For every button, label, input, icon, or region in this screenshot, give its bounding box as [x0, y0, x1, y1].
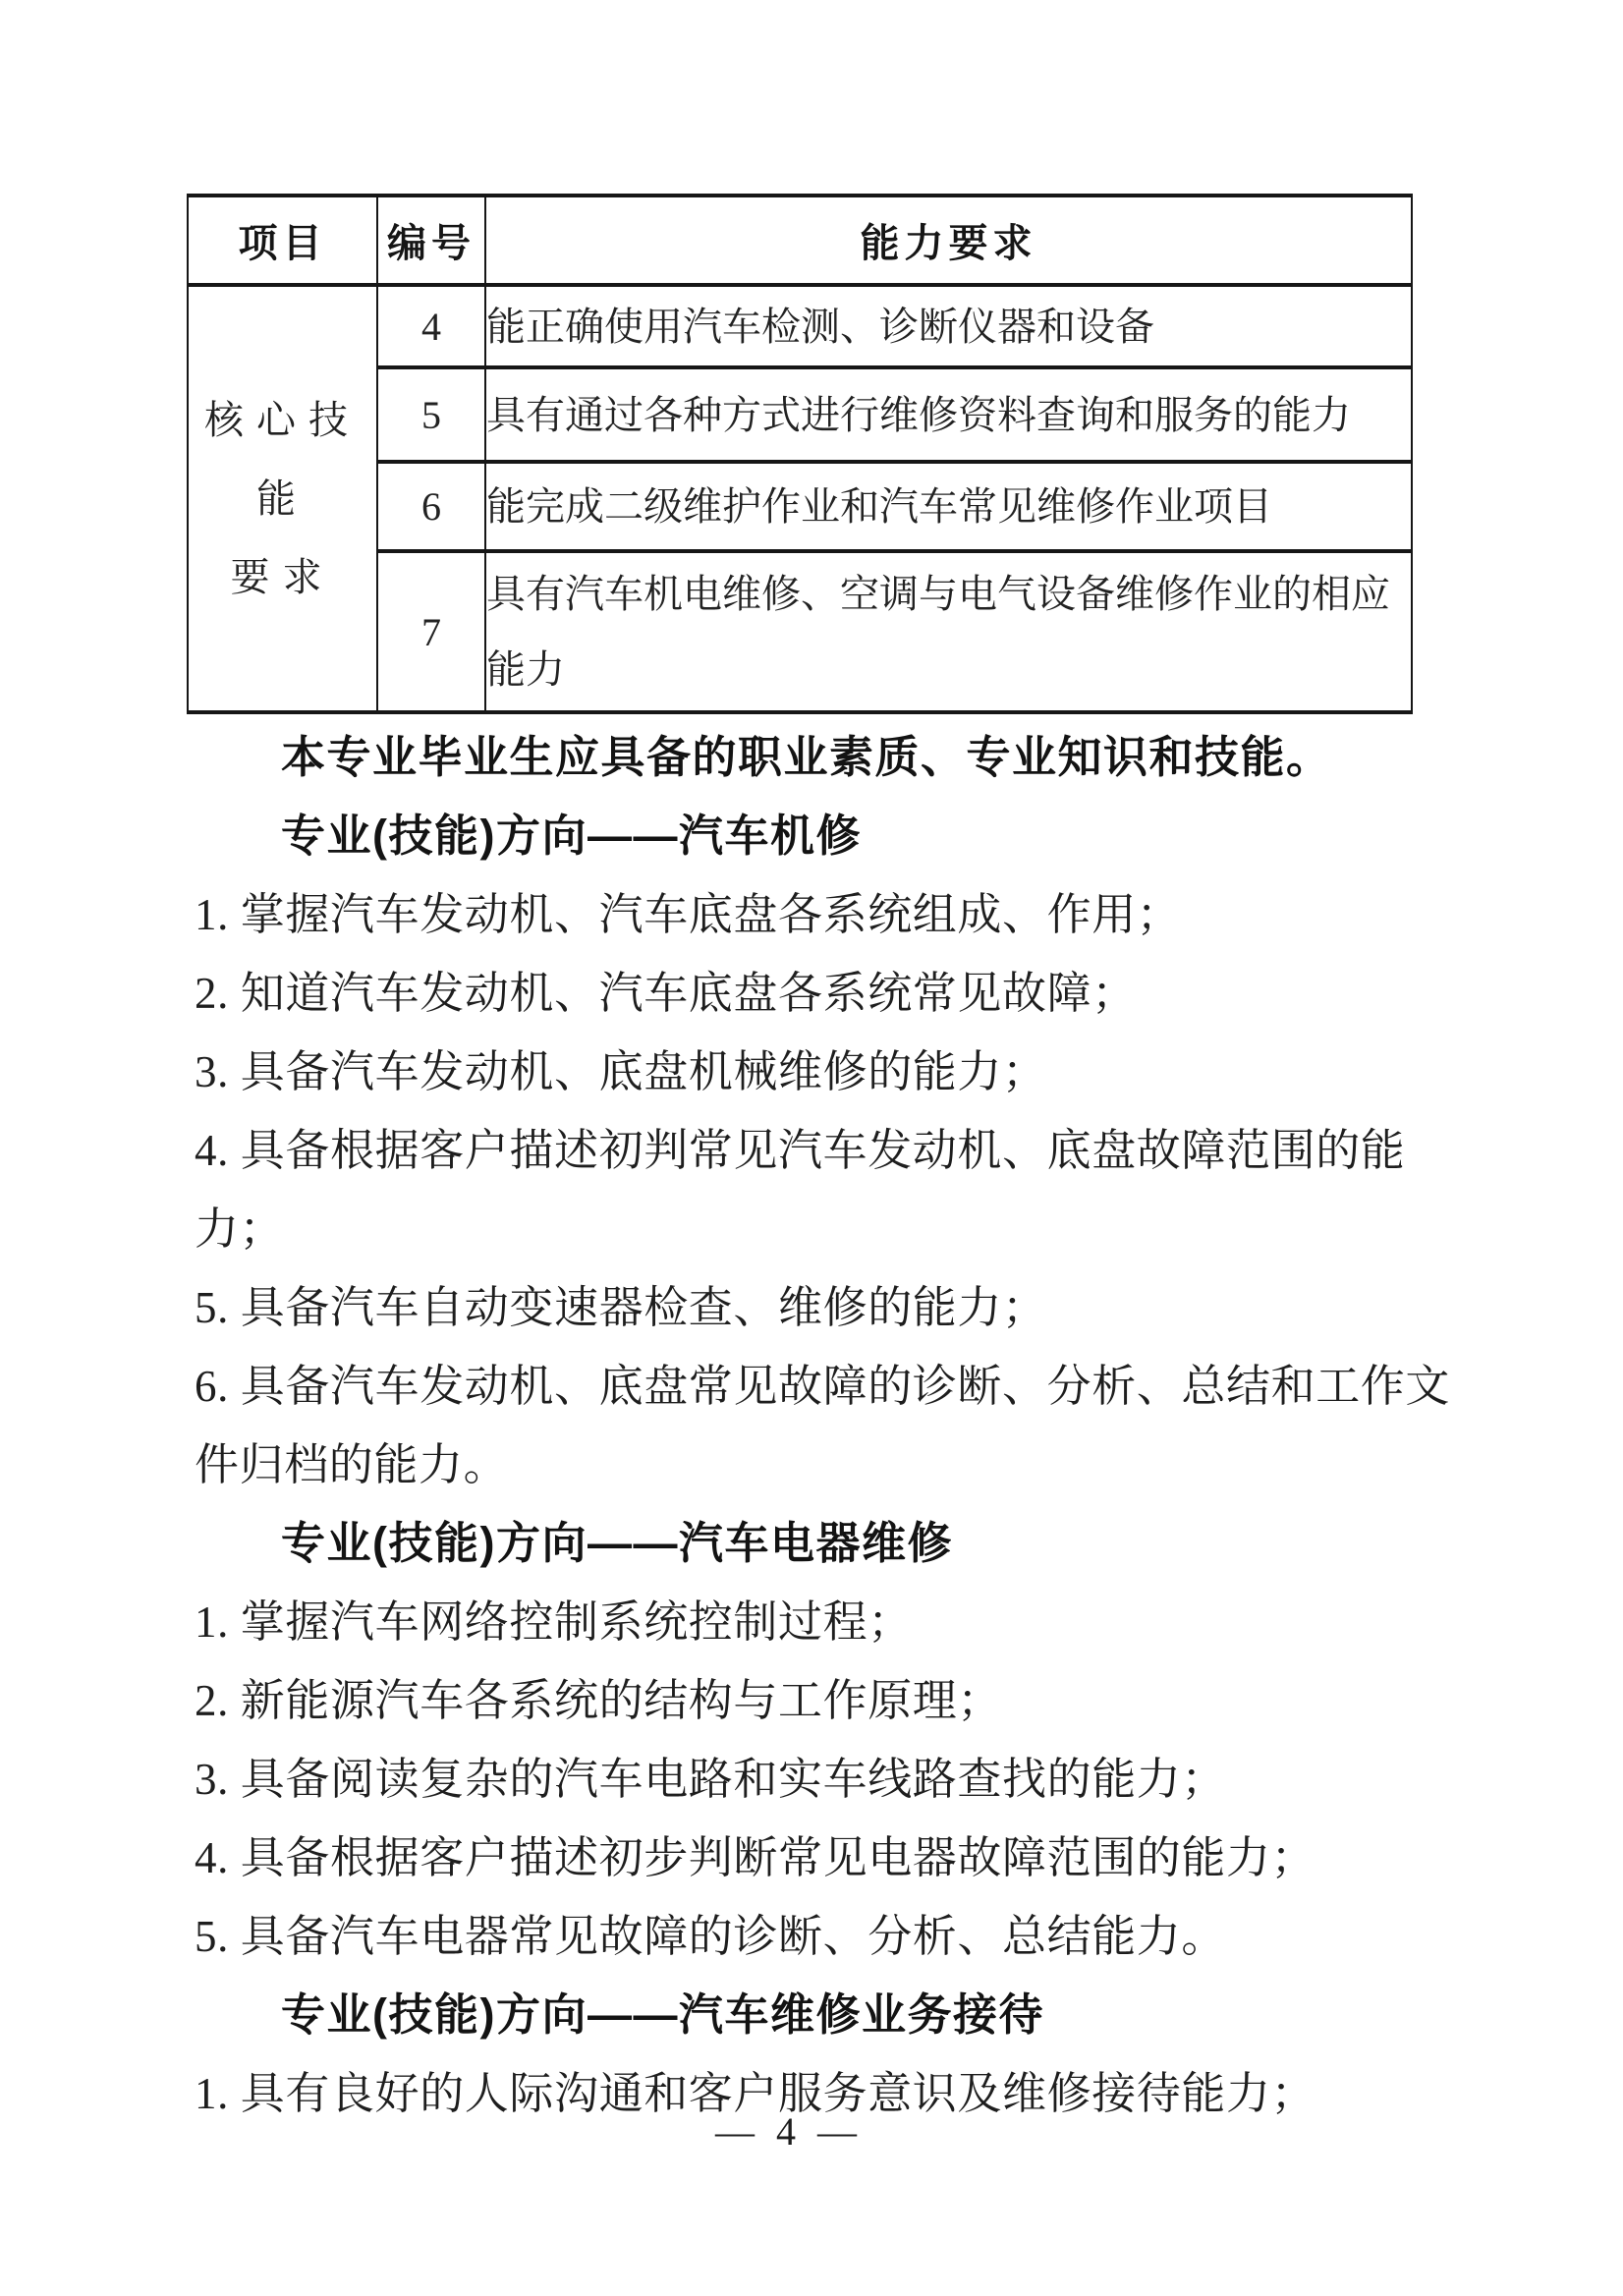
row-number: 6	[377, 462, 485, 551]
list-item: 5. 具备汽车自动变速器检查、维修的能力；	[195, 1268, 1487, 1347]
intro-paragraph: 本专业毕业生应具备的职业素质、专业知识和技能。	[195, 718, 1487, 797]
capability-requirements-table: 项目 编号 能力要求 核心技能 要求 4 能正确使用汽车检测、诊断仪器和设备 5…	[187, 194, 1413, 714]
row-group-label-line1: 核心技能	[189, 381, 376, 538]
list-item: 2. 新能源汽车各系统的结构与工作原理；	[195, 1661, 1487, 1740]
list-item: 4. 具备根据客户描述初步判断常见电器故障范围的能力；	[195, 1819, 1487, 1897]
list-item: 3. 具备阅读复杂的汽车电路和实车线路查找的能力；	[195, 1740, 1487, 1819]
page-number: — 4 —	[0, 2108, 1578, 2155]
header-number: 编号	[377, 196, 485, 285]
list-item: 4. 具备根据客户描述初判常见汽车发动机、底盘故障范围的能力；	[195, 1111, 1487, 1268]
row-group-label-line2: 要求	[189, 538, 376, 617]
row-group-label: 核心技能 要求	[188, 285, 377, 712]
row-number: 5	[377, 367, 485, 462]
table-header-row: 项目 编号 能力要求	[188, 196, 1412, 285]
row-number: 4	[377, 285, 485, 367]
section-heading-mechanical: 专业(技能)方向——汽车机修	[195, 797, 1487, 875]
list-item: 1. 掌握汽车发动机、汽车底盘各系统组成、作用；	[195, 875, 1487, 954]
header-project: 项目	[188, 196, 377, 285]
list-item: 1. 掌握汽车网络控制系统控制过程；	[195, 1583, 1487, 1661]
table-row: 核心技能 要求 4 能正确使用汽车检测、诊断仪器和设备	[188, 285, 1412, 367]
list-item: 3. 具备汽车发动机、底盘机械维修的能力；	[195, 1033, 1487, 1111]
document-page: 项目 编号 能力要求 核心技能 要求 4 能正确使用汽车检测、诊断仪器和设备 5…	[0, 0, 1623, 2296]
list-item: 5. 具备汽车电器常见故障的诊断、分析、总结能力。	[195, 1897, 1487, 1976]
row-requirement: 具有通过各种方式进行维修资料查询和服务的能力	[485, 367, 1412, 462]
row-requirement: 能完成二级维护作业和汽车常见维修作业项目	[485, 462, 1412, 551]
row-requirement: 具有汽车机电维修、空调与电气设备维修作业的相应能力	[485, 551, 1412, 712]
row-number: 7	[377, 551, 485, 712]
section-heading-reception: 专业(技能)方向——汽车维修业务接待	[195, 1976, 1487, 2054]
list-item: 6. 具备汽车发动机、底盘常见故障的诊断、分析、总结和工作文件归档的能力。	[195, 1347, 1487, 1504]
section-heading-electrical: 专业(技能)方向——汽车电器维修	[195, 1504, 1487, 1583]
list-item: 2. 知道汽车发动机、汽车底盘各系统常见故障；	[195, 954, 1487, 1033]
row-requirement: 能正确使用汽车检测、诊断仪器和设备	[485, 285, 1412, 367]
header-capability: 能力要求	[485, 196, 1412, 285]
body-text: 本专业毕业生应具备的职业素质、专业知识和技能。 专业(技能)方向——汽车机修 1…	[195, 718, 1487, 2133]
